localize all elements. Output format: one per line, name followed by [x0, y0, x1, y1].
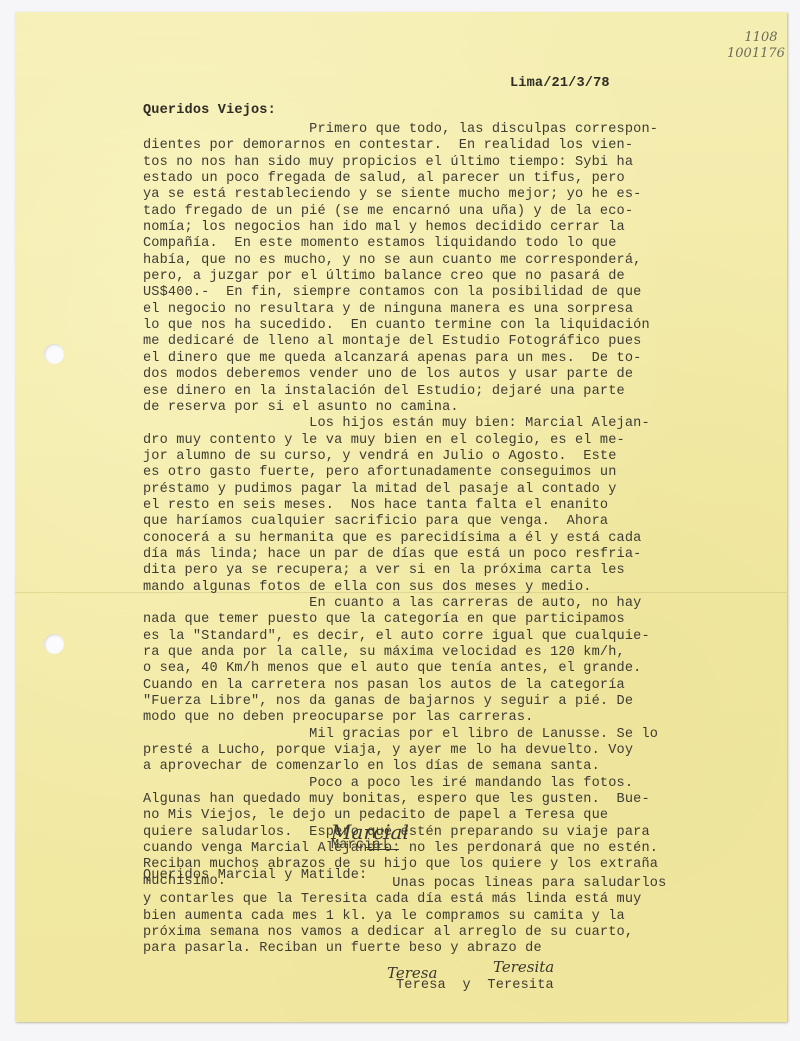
- letter-body: Primero que todo, las disculpas correspo…: [143, 122, 658, 890]
- text-line: el negocio no resultara y de ninguna man…: [143, 302, 658, 318]
- text-line: pero, a juzgar por el último balance cre…: [143, 269, 658, 285]
- text-line: nomía; los negocios han ido mal y hemos …: [143, 220, 658, 236]
- text-line: Primero que todo, las disculpas correspo…: [143, 122, 658, 138]
- text-line: había, que no es mucho, y no se aun cuan…: [143, 253, 658, 269]
- text-line: Cuando en la carretera nos pasan los aut…: [143, 678, 658, 694]
- text-line: préstamo y pudimos pagar la mitad del pa…: [143, 482, 658, 498]
- text-line: y contarles que la Teresita cada día est…: [143, 892, 666, 908]
- text-line: a aprovechar de comenzarlo en los días d…: [143, 759, 658, 775]
- punch-hole-bottom: [44, 634, 64, 654]
- text-line: tado fregado de un pié (se me encarnó un…: [143, 204, 658, 220]
- text-line: Compañía. En este momento estamos liquid…: [143, 236, 658, 252]
- text-line: que haríamos cualquier sacrificio para q…: [143, 514, 658, 530]
- typed-signatures: Teresa y Teresita: [396, 978, 554, 994]
- text-line: tos no nos han sido muy propicios el últ…: [143, 155, 658, 171]
- text-line: me dedicaré de lleno al montaje del Estu…: [143, 334, 658, 350]
- text-line: dita pero ya se recupera; a ver si en la…: [143, 563, 658, 579]
- text-line: de reserva por si el asunto no camina.: [143, 400, 658, 416]
- text-line: estado un poco fregada de salud, al pare…: [143, 171, 658, 187]
- archive-number-line2: 1001176: [727, 46, 785, 62]
- text-line: nada que temer puesto que la categoría e…: [143, 612, 658, 628]
- text-line: conocerá a su hermanita que es parecidís…: [143, 531, 658, 547]
- handwritten-signature-teresita: Teresita: [493, 958, 554, 976]
- text-line: es otro gasto fuerte, pero afortunadamen…: [143, 465, 658, 481]
- text-line: ese dinero en la instalación del Estudio…: [143, 384, 658, 400]
- text-line: lo que nos ha sucedido. En cuanto termin…: [143, 318, 658, 334]
- text-line: el dinero que me queda alcanzará apenas …: [143, 351, 658, 367]
- text-line: bien aumenta cada mes 1 kl. ya le compra…: [143, 909, 666, 925]
- text-line: Los hijos están muy bien: Marcial Alejan…: [143, 416, 658, 432]
- text-line: próxima semana nos vamos a dedicar al ar…: [143, 925, 666, 941]
- text-line: Mil gracias por el libro de Lanusse. Se …: [143, 727, 658, 743]
- text-line: En cuanto a las carreras de auto, no hay: [143, 596, 658, 612]
- text-line: Algunas han quedado muy bonitas, espero …: [143, 792, 658, 808]
- text-line: presté a Lucho, porque viaja, y ayer me …: [143, 743, 658, 759]
- text-line: mando algunas fotos de ella con sus dos …: [143, 580, 658, 596]
- archive-number: 1108 1001176: [727, 30, 785, 62]
- signature-underline: [367, 849, 399, 850]
- text-line: Poco a poco les iré mandando las fotos.: [143, 776, 658, 792]
- text-line: es la "Standard", es decir, el auto corr…: [143, 629, 658, 645]
- text-line: dientes por demorarnos en contestar. En …: [143, 138, 658, 154]
- text-line: ya se está restableciendo y se siente mu…: [143, 187, 658, 203]
- typed-signature-marcial: Marcial: [331, 838, 389, 854]
- text-line: US$400.- En fin, siempre contamos con la…: [143, 285, 658, 301]
- postscript-body: Unas pocas lineas para saludarlosy conta…: [143, 876, 666, 958]
- salutation: Queridos Viejos:: [143, 103, 276, 119]
- text-line: "Fuerza Libre", nos da ganas de bajarnos…: [143, 694, 658, 710]
- text-line: modo que no deben preocuparse por las ca…: [143, 710, 658, 726]
- place-date: Lima/21/3/78: [510, 76, 610, 92]
- text-line: o sea, 40 Km/h menos que el auto que ten…: [143, 661, 658, 677]
- archive-number-line1: 1108: [727, 30, 785, 46]
- text-line: jor alumno de su curso, y vendrá en Juli…: [143, 449, 658, 465]
- text-line: ra que anda por la calle, su máxima velo…: [143, 645, 658, 661]
- text-line: dos modos deberemos vender uno de los au…: [143, 367, 658, 383]
- punch-hole-top: [44, 344, 64, 364]
- text-line: Unas pocas lineas para saludarlos: [143, 876, 666, 892]
- text-line: día más linda; hace un par de días que e…: [143, 547, 658, 563]
- text-line: dro muy contento y le va muy bien en el …: [143, 433, 658, 449]
- letter-page: 1108 1001176 Lima/21/3/78 Queridos Viejo…: [15, 12, 787, 1022]
- text-line: el resto en seis meses. Nos hace tanta f…: [143, 498, 658, 514]
- text-line: para pasarla. Reciban un fuerte beso y a…: [143, 941, 666, 957]
